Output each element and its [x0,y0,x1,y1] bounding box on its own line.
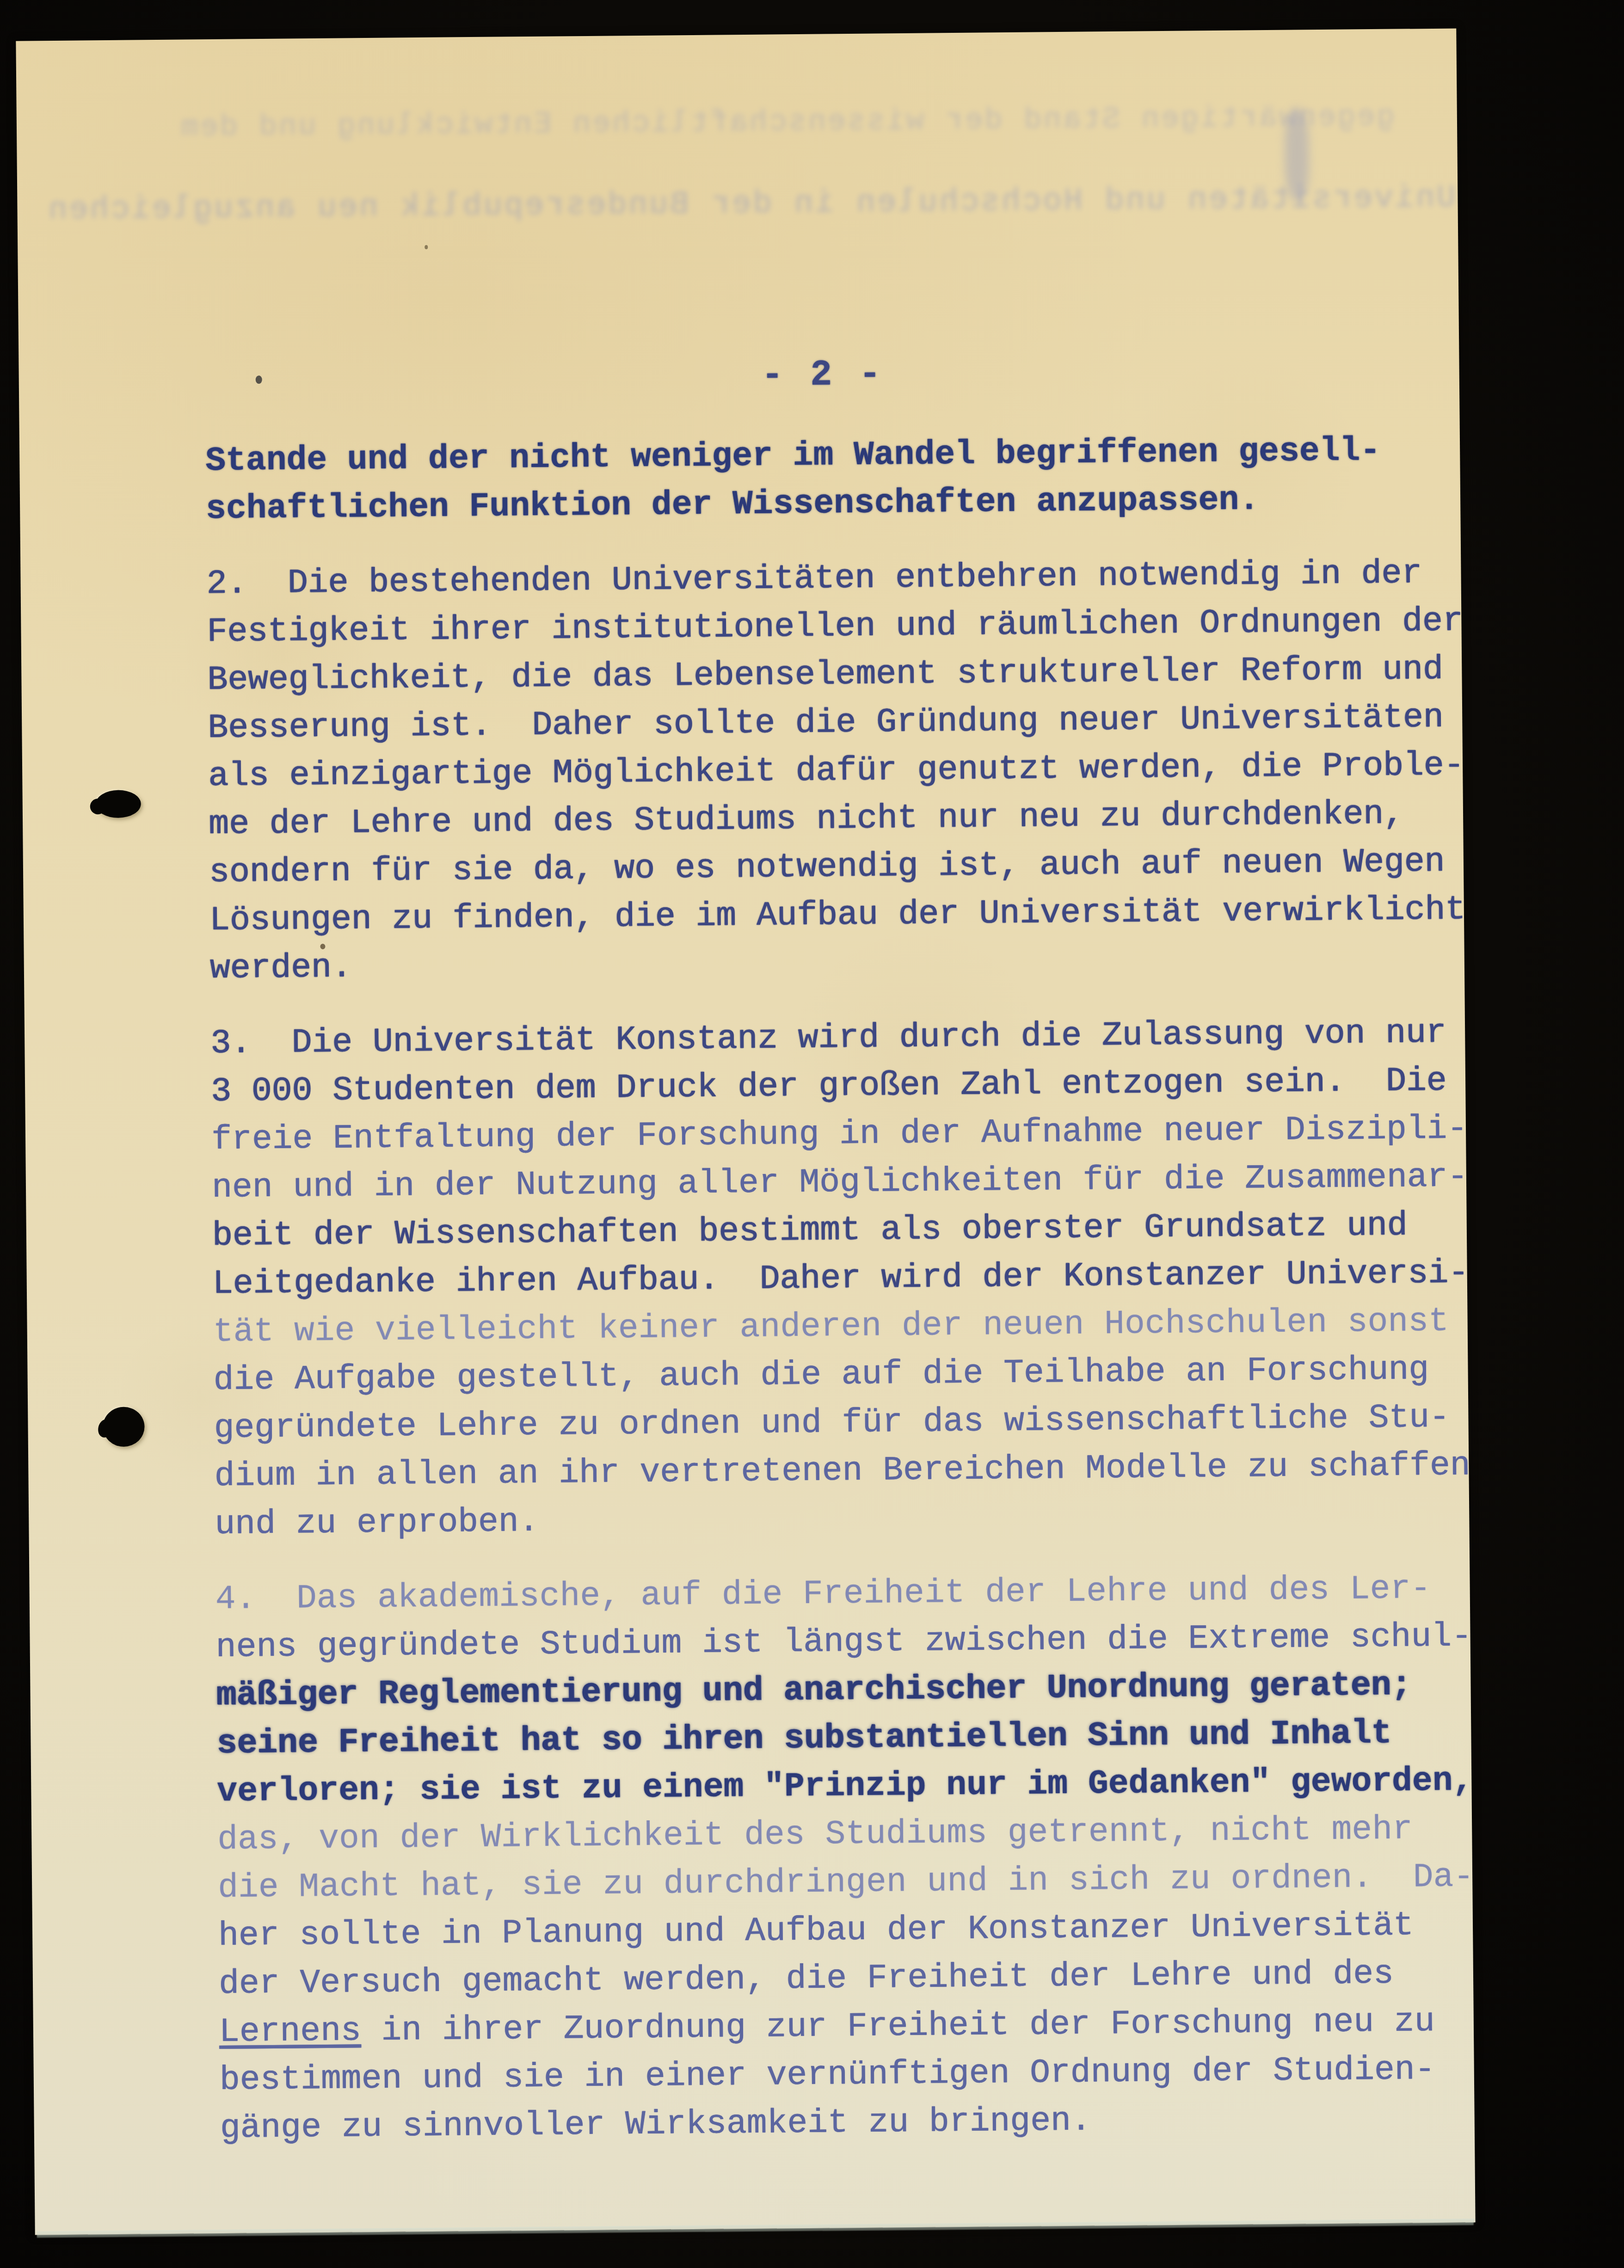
paper-speck [424,245,428,249]
paragraph: 3. Die Universität Konstanz wird durch d… [210,1008,1473,1549]
scan-background: { "page": { "number_label": "- 2 -" }, "… [0,0,1624,2268]
paragraph: 4. Das akademische, auf die Freiheit der… [215,1564,1478,2152]
paper-bottom-edge [37,2219,1475,2236]
page-number: - 2 - [204,346,1440,405]
bleed-through-line-2: Universitäten und Hochschulen in der Bun… [188,180,1456,227]
bleed-through-line-1: gegenwärtigen Stand der wissenschaftlich… [211,101,1395,144]
paragraph: Stande und der nicht weniger im Wandel b… [205,426,1464,533]
text-body: Stande und der nicht weniger im Wandel b… [205,426,1478,2179]
punch-hole-bottom [103,1407,145,1447]
ink-smudge [1285,108,1310,201]
paragraph: 2. Die bestehenden Universitäten entbehr… [206,549,1468,993]
document-page: gegenwärtigen Stand der wissenschaftlich… [16,28,1475,2235]
punch-hole-top [96,790,141,818]
